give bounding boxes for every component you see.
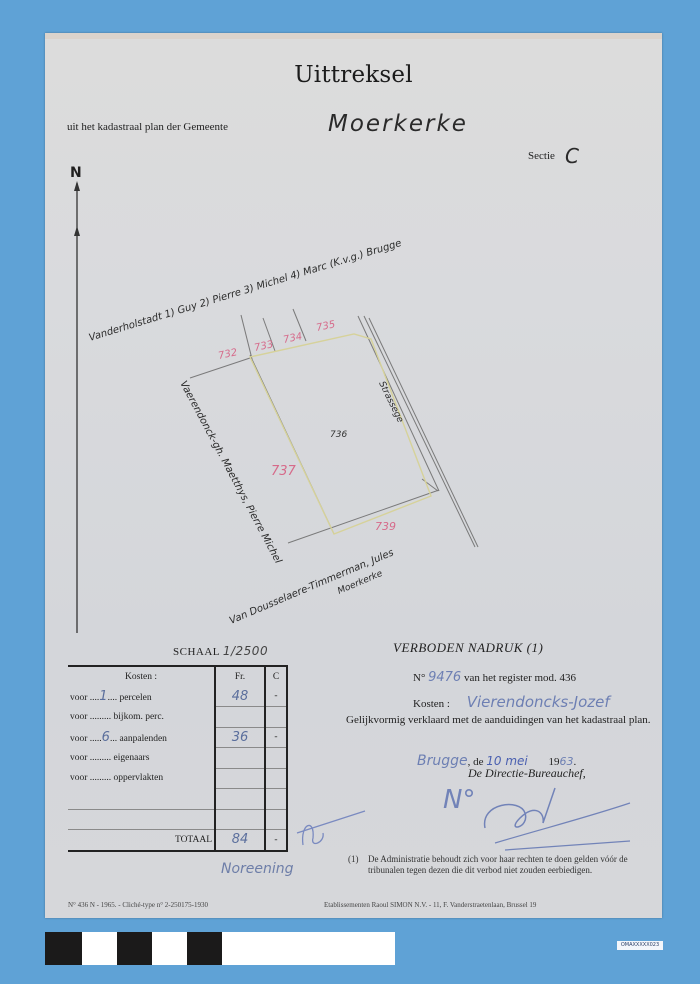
owner-west: Vaerendonck-gh. Maetthys, Pierre Michel [177,379,283,565]
archive-id-stamp: OMAXXXXX023 [617,941,663,950]
kosten-name: Vierendoncks-Jozef [467,693,610,711]
costs-total-row: TOTAAL 84 - [68,830,287,851]
costs-row: voor ....1.... percelen 48 - [68,687,287,707]
total-label: TOTAAL [68,830,215,851]
parcel-737: 737 [271,464,297,479]
kosten-line: Kosten : Vierendoncks-Jozef [413,693,610,711]
archive-scale-bar [45,932,395,965]
scale-value: 1/2500 [223,644,268,658]
print-info-right: Etablissementen Raoul SIMON N.V. - 11, F… [324,901,536,909]
owner-north: Vanderholstadt 1) Guy 2) Pierre 3) Miche… [88,238,403,344]
costs-row: voor ......... oppervlakten [68,768,287,789]
cadastral-extract-document: Uittreksel uit het kadastraal plan der G… [45,33,662,918]
scale-block-black [117,932,152,965]
parcel-732: 732 [217,347,238,362]
initials-icon [295,803,375,853]
costs-row: voor ......... bijkom. perc. [68,707,287,728]
costs-row: voor ......... eigenaars [68,748,287,769]
costs-header-label: Kosten : [68,666,215,687]
north-arrow-icon [74,181,80,633]
parcel-736: 736 [330,430,347,440]
costs-table: Kosten : Fr. C voor ....1.... percelen 4… [68,665,288,852]
scale-block-black [45,932,82,965]
parcel-734: 734 [282,331,303,346]
certification-text: Gelijkvormig verklaard met de aanduiding… [346,713,656,727]
footnote: (1) De Administratie behoudt zich voor h… [348,854,658,876]
place: Brugge [417,753,468,769]
costs-header-c: C [265,666,287,687]
signature-icon: N° [425,773,655,853]
scale-label: SCHAAL 1/2500 [173,644,268,658]
owner-south: Van Dousselaere-Timmerman, Jules [228,547,396,626]
total-c: - [265,830,287,851]
costs-row: voor .....6... aanpalenden 36 - [68,727,287,748]
scale-block-black [187,932,222,965]
bottom-signature: Noreening [221,861,294,877]
print-info-left: N° 436 N - 1965. - Cliché-type n° 2-2501… [68,901,208,909]
parcel-735: 735 [315,319,336,334]
svg-text:N°: N° [443,785,475,815]
costs-header-fr: Fr. [215,666,265,687]
verboden-nadruk-title: VERBODEN NADRUK (1) [393,640,543,656]
total-fr: 84 [215,830,265,851]
register-number-line: N° 9476 van het register mod. 436 [413,670,576,685]
cadastral-map: 732 733 734 735 737 739 736 Vanderholsta… [45,33,662,633]
boundary-lines [190,309,478,547]
parcel-739: 739 [375,520,396,533]
register-number: 9476 [428,670,461,685]
